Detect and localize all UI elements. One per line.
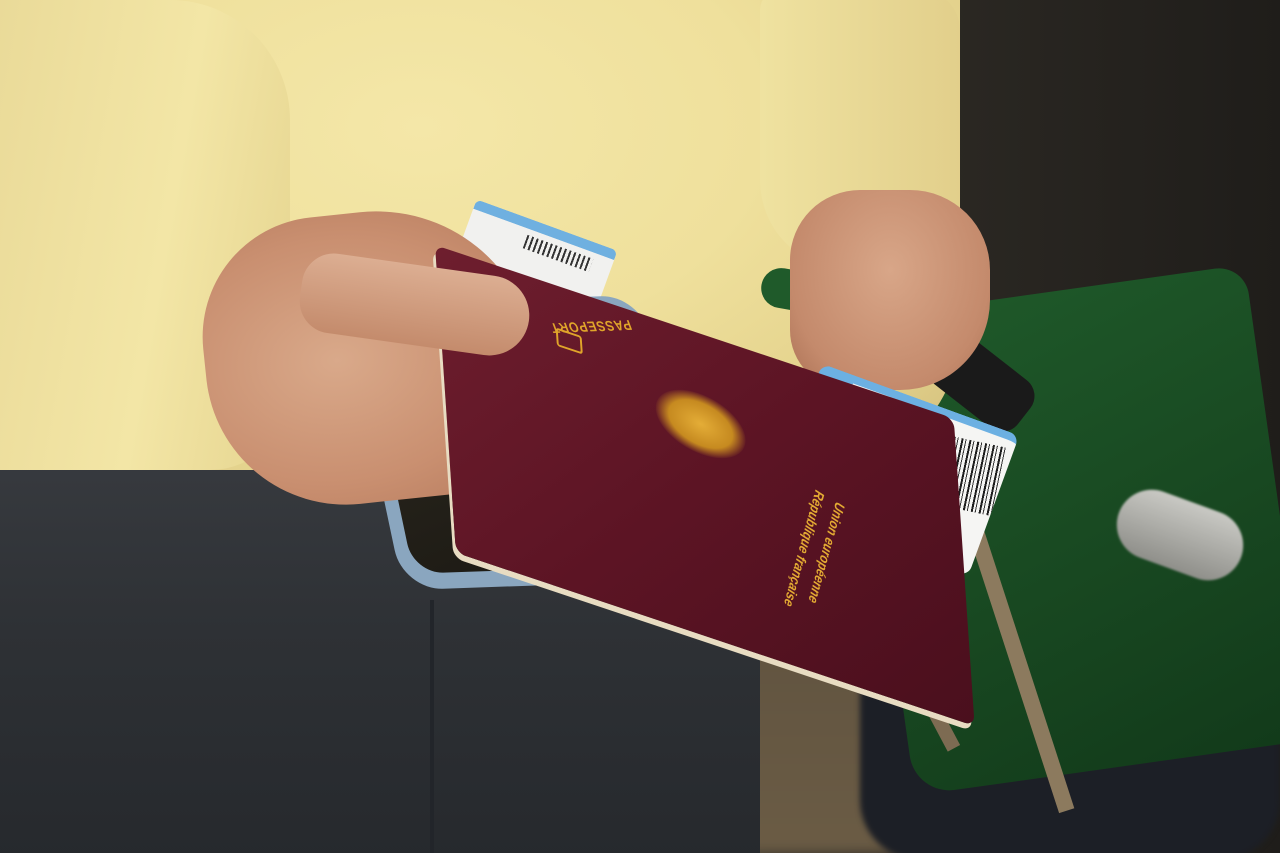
passport-title: PASSEPORT — [547, 317, 634, 336]
photo-scene: BOARD PASSENGER TICK PASSEPORT Union eur… — [0, 0, 1280, 853]
barcode-small — [523, 235, 594, 272]
jeans-seam — [430, 600, 434, 853]
right-hand — [790, 190, 990, 390]
coat-of-arms-icon — [654, 378, 748, 470]
